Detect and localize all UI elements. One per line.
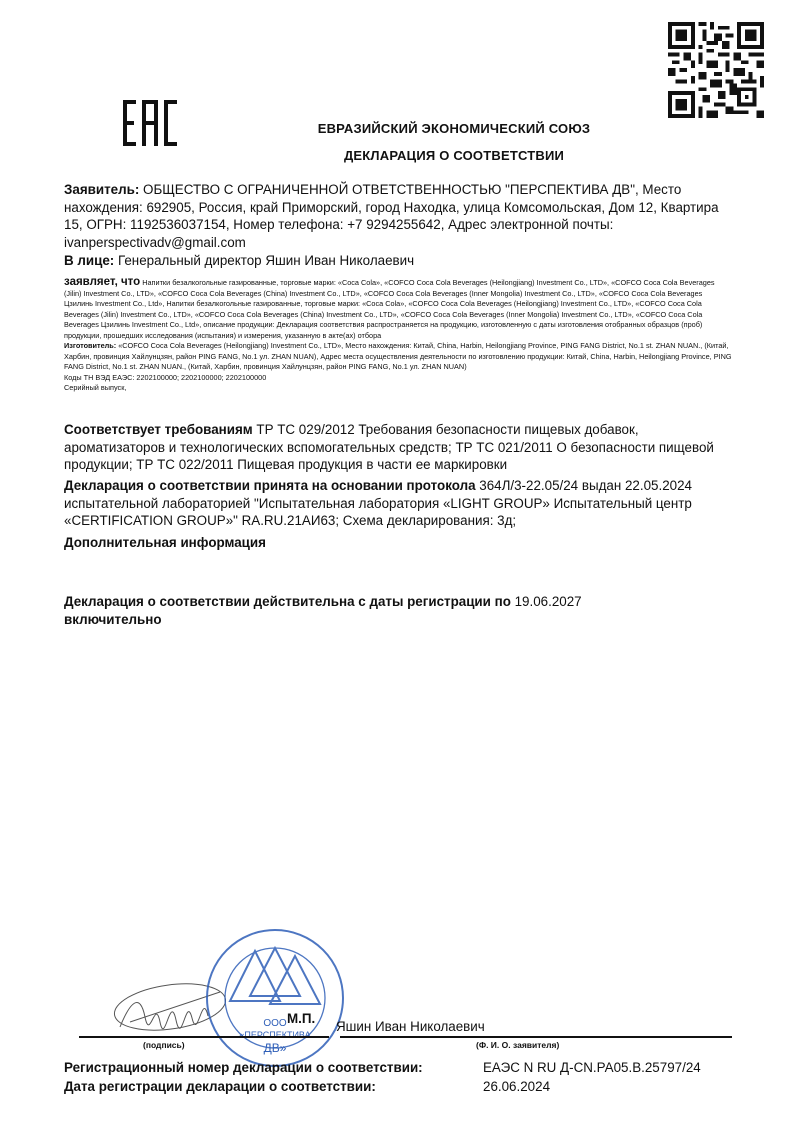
stamp-center-1: ООО: [263, 1018, 287, 1029]
basis-label: Декларация о соответствии принята на осн…: [64, 478, 476, 493]
applicant-section: Заявитель: ОБЩЕСТВО С ОГРАНИЧЕННОЙ ОТВЕТ…: [64, 181, 734, 251]
document-title: ДЕКЛАРАЦИЯ О СООТВЕТСТВИИ: [0, 148, 793, 163]
validity-suffix: включительно: [64, 612, 162, 627]
stamp-center-2: «ПЕРСПЕКТИВА: [239, 1030, 310, 1040]
signature-caption: (подпись): [143, 1040, 185, 1050]
represented-by-text: Генеральный директор Яшин Иван Николаеви…: [114, 253, 414, 268]
declares-text: Напитки безалкогольные газированные, тор…: [64, 278, 715, 340]
additional-info-label: Дополнительная информация: [64, 534, 734, 552]
registration-date-value: 26.06.2024: [483, 1079, 550, 1094]
represented-by-section: В лице: Генеральный директор Яшин Иван Н…: [64, 252, 734, 270]
name-line: [340, 1036, 732, 1038]
name-caption: (Ф. И. О. заявителя): [476, 1040, 559, 1050]
conforms-label: Соответствует требованиям: [64, 422, 253, 437]
manufacturer-label: Изготовитель:: [64, 341, 116, 350]
validity-label: Декларация о соответствии действительна …: [64, 594, 511, 609]
applicant-label: Заявитель:: [64, 182, 139, 197]
validity-section: Декларация о соответствии действительна …: [64, 593, 734, 628]
stamp-center-3: ДВ»: [264, 1041, 287, 1055]
registration-date-label: Дата регистрации декларации о соответств…: [64, 1079, 376, 1094]
stamp-place-label: М.П.: [287, 1011, 315, 1026]
basis-section: Декларация о соответствии принята на осн…: [64, 477, 734, 530]
conforms-section: Соответствует требованиям ТР ТС 029/2012…: [64, 421, 734, 474]
registration-number-value: ЕАЭС N RU Д-CN.РА05.В.25797/24: [483, 1060, 701, 1075]
union-title: ЕВРАЗИЙСКИЙ ЭКОНОМИЧЕСКИЙ СОЮЗ: [0, 121, 793, 136]
applicant-name: Яшин Иван Николаевич: [336, 1019, 485, 1034]
validity-date: 19.06.2027: [511, 594, 582, 609]
declares-section: заявляет, что Напитки безалкогольные газ…: [64, 277, 732, 394]
serial-release: Серийный выпуск,: [64, 383, 126, 392]
registration-number-label: Регистрационный номер декларации о соотв…: [64, 1060, 423, 1075]
hs-codes: Коды ТН ВЭД ЕАЭС: 2202100000; 2202100000…: [64, 373, 266, 382]
declares-label: заявляет, что: [64, 276, 140, 288]
qr-code-icon: [668, 22, 764, 118]
manufacturer-text: «COFCO Coca Cola Beverages (Heilongjiang…: [64, 341, 732, 371]
signature-line: [79, 1036, 329, 1038]
applicant-text: ОБЩЕСТВО С ОГРАНИЧЕННОЙ ОТВЕТСТВЕННОСТЬЮ…: [64, 182, 719, 250]
represented-by-label: В лице:: [64, 253, 114, 268]
company-stamp: ООО «ПЕРСПЕКТИВА ДВ»: [190, 926, 360, 1071]
